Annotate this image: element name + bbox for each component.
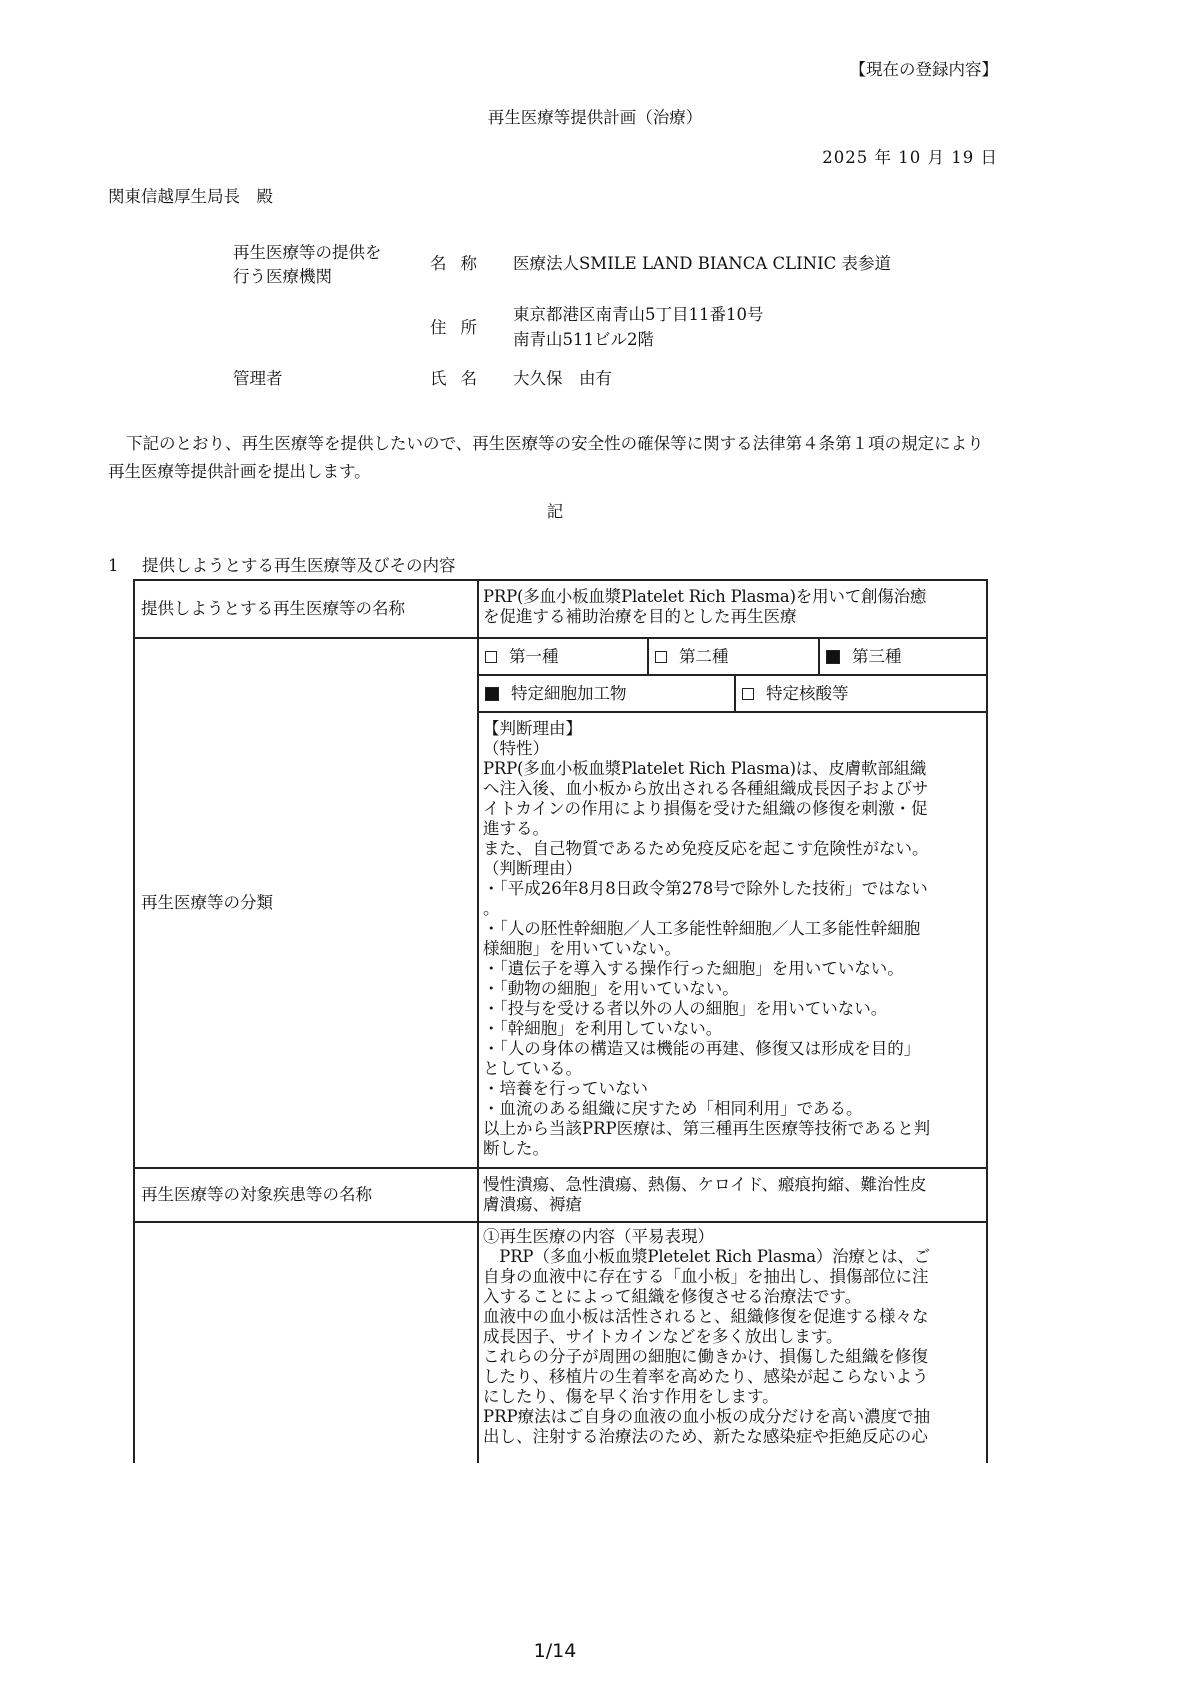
manager-name-key: 氏名 bbox=[430, 369, 491, 389]
target-disease-value: 慢性潰瘍、急性潰瘍、熱傷、ケロイド、瘢痕拘縮、難治性皮 膚潰瘍、褥瘡 bbox=[478, 1168, 987, 1222]
section-number: 1 bbox=[108, 556, 142, 576]
institution-label-line1: 再生医療等の提供を bbox=[233, 243, 382, 263]
registration-status-tag: 【現在の登録内容】 bbox=[850, 60, 999, 80]
text-line: ・血流のある組織に戻すため「相同利用」である。 bbox=[483, 1099, 982, 1119]
treatment-name-value: PRP(多血小板血漿Platelet Rich Plasma)を用いて創傷治癒 … bbox=[478, 580, 987, 638]
class-options: 第一種 第二種 第三種 bbox=[479, 639, 986, 676]
text-line: （特性） bbox=[483, 739, 982, 759]
treatment-content-value: ①再生医療の内容（平易表現） PRP（多血小板血漿Pletelet Rich P… bbox=[478, 1222, 987, 1463]
text-line: 成長因子、サイトカインなどを多く放出します。 bbox=[483, 1327, 982, 1347]
text-line: を促進する補助治療を目的とした再生医療 bbox=[483, 607, 982, 627]
intro-paragraph: 下記のとおり、再生医療等を提供したいので、再生医療等の安全性の確保等に関する法律… bbox=[108, 430, 988, 486]
table-row-treatment-content: ①再生医療の内容（平易表現） PRP（多血小板血漿Pletelet Rich P… bbox=[134, 1222, 987, 1463]
text-line: ①再生医療の内容（平易表現） bbox=[483, 1227, 982, 1247]
text-line: PRP療法はご自身の血液の血小板の成分だけを高い濃度で抽 bbox=[483, 1407, 982, 1427]
text-line: ・「幹細胞」を利用していない。 bbox=[483, 1019, 982, 1039]
class-option-1[interactable]: 第一種 bbox=[479, 639, 647, 674]
class-option-2[interactable]: 第二種 bbox=[647, 639, 818, 674]
text-line: PRP(多血小板血漿Platelet Rich Plasma)を用いて創傷治癒 bbox=[483, 587, 982, 607]
address-line2: 南青山511ビル2階 bbox=[513, 330, 654, 350]
option-label: 第一種 bbox=[509, 647, 559, 667]
text-line: 断した。 bbox=[483, 1139, 982, 1159]
text-line: 膚潰瘍、褥瘡 bbox=[483, 1195, 982, 1215]
page-number: 1/14 bbox=[0, 1640, 1110, 1662]
text-line: ・「遺伝子を導入する操作行った細胞」を用いていない。 bbox=[483, 959, 982, 979]
manager-label: 管理者 bbox=[233, 369, 283, 389]
text-line: にしたり、傷を早く治す作用をします。 bbox=[483, 1387, 982, 1407]
subtype-option-cell-product[interactable]: 特定細胞加工物 bbox=[479, 676, 734, 711]
section-title-text: 提供しようとする再生医療等及びその内容 bbox=[142, 556, 456, 575]
text-line: ・「平成26年8月8日政令第278号で除外した技術」ではない bbox=[483, 879, 982, 899]
plan-table: 提供しようとする再生医療等の名称 PRP(多血小板血漿Platelet Rich… bbox=[133, 579, 988, 1463]
checkbox-checked-icon bbox=[826, 650, 840, 664]
option-label: 第二種 bbox=[679, 647, 729, 667]
address-line1: 東京都港区南青山5丁目11番10号 bbox=[513, 305, 764, 325]
text-line: 【判断理由】 bbox=[483, 719, 982, 739]
text-line: （判断理由） bbox=[483, 859, 982, 879]
row-label: 再生医療等の分類 bbox=[134, 638, 478, 1168]
text-line: ・「動物の細胞」を用いていない。 bbox=[483, 979, 982, 999]
text-line: 進する。 bbox=[483, 819, 982, 839]
name-key: 名称 bbox=[430, 254, 491, 274]
text-line: 以上から当該PRP医療は、第三種再生医療等技術であると判 bbox=[483, 1119, 982, 1139]
text-line: したり、移植片の生着率を高めたり、感染が起こらないよう bbox=[483, 1367, 982, 1387]
text-line: イトカインの作用により損傷を受けた組織の修復を刺激・促 bbox=[483, 799, 982, 819]
checkbox-unchecked-icon bbox=[742, 688, 754, 700]
table-row-treatment-name: 提供しようとする再生医療等の名称 PRP(多血小板血漿Platelet Rich… bbox=[134, 580, 987, 638]
ki-marker: 記 bbox=[0, 502, 1110, 522]
subtype-option-nucleic-acid[interactable]: 特定核酸等 bbox=[734, 676, 986, 711]
document-date: 2025 年 10 月 19 日 bbox=[822, 148, 998, 168]
text-line: へ注入後、血小板から放出される各種組織成長因子およびサ bbox=[483, 779, 982, 799]
text-line: 。 bbox=[483, 899, 982, 919]
text-line: PRP(多血小板血漿Platelet Rich Plasma)は、皮膚軟部組織 bbox=[483, 759, 982, 779]
subtype-options: 特定細胞加工物 特定核酸等 bbox=[479, 676, 986, 713]
checkbox-checked-icon bbox=[485, 687, 499, 701]
checkbox-unchecked-icon bbox=[655, 651, 667, 663]
checkbox-unchecked-icon bbox=[485, 651, 497, 663]
class-option-3[interactable]: 第三種 bbox=[818, 639, 986, 674]
option-label: 第三種 bbox=[852, 647, 902, 667]
text-line: 慢性潰瘍、急性潰瘍、熱傷、ケロイド、瘢痕拘縮、難治性皮 bbox=[483, 1175, 982, 1195]
addressee: 関東信越厚生局長 殿 bbox=[108, 187, 273, 207]
manager-name: 大久保 由有 bbox=[513, 369, 612, 389]
text-line: これらの分子が周囲の細胞に働きかけ、損傷した組織を修復 bbox=[483, 1347, 982, 1367]
text-line: また、自己物質であるため免疫反応を起こす危険性がない。 bbox=[483, 839, 982, 859]
option-label: 特定細胞加工物 bbox=[511, 684, 627, 704]
text-line: PRP（多血小板血漿Pletelet Rich Plasma）治療とは、ご bbox=[483, 1247, 982, 1267]
classification-cell: 第一種 第二種 第三種 特定細胞加工物 特定核酸等 【判断理由】 （特性） PR… bbox=[478, 638, 987, 1168]
text-line: 自身の血液中に存在する「血小板」を抽出し、損傷部位に注 bbox=[483, 1267, 982, 1287]
text-line: ・「投与を受ける者以外の人の細胞」を用いていない。 bbox=[483, 999, 982, 1019]
row-label: 提供しようとする再生医療等の名称 bbox=[134, 580, 478, 638]
text-line: としている。 bbox=[483, 1059, 982, 1079]
classification-reason: 【判断理由】 （特性） PRP(多血小板血漿Platelet Rich Plas… bbox=[479, 713, 986, 1167]
option-label: 特定核酸等 bbox=[766, 684, 849, 704]
institution-label-line2: 行う医療機関 bbox=[233, 267, 332, 287]
text-line: 血液中の血小板は活性されると、組織修復を促進する様々な bbox=[483, 1307, 982, 1327]
row-label bbox=[134, 1222, 478, 1463]
document-title: 再生医療等提供計画（治療） bbox=[0, 108, 1190, 128]
institution-name: 医療法人SMILE LAND BIANCA CLINIC 表参道 bbox=[513, 254, 891, 274]
section-1-title: 1提供しようとする再生医療等及びその内容 bbox=[108, 556, 456, 576]
row-label: 再生医療等の対象疾患等の名称 bbox=[134, 1168, 478, 1222]
text-line: 様細胞」を用いていない。 bbox=[483, 939, 982, 959]
text-line: ・「人の身体の構造又は機能の再建、修復又は形成を目的」 bbox=[483, 1039, 982, 1059]
text-line: 入することによって組織を修復させる治療法です。 bbox=[483, 1287, 982, 1307]
text-line: ・培養を行っていない bbox=[483, 1079, 982, 1099]
text-line: ・「人の胚性幹細胞／人工多能性幹細胞／人工多能性幹細胞 bbox=[483, 919, 982, 939]
text-line: 出し、注射する治療法のため、新たな感染症や拒絶反応の心 bbox=[483, 1427, 982, 1447]
table-row-target-disease: 再生医療等の対象疾患等の名称 慢性潰瘍、急性潰瘍、熱傷、ケロイド、瘢痕拘縮、難治… bbox=[134, 1168, 987, 1222]
address-key: 住所 bbox=[430, 318, 491, 338]
table-row-classification: 再生医療等の分類 第一種 第二種 第三種 特定細胞加工物 特定核酸等 【判断理由… bbox=[134, 638, 987, 1168]
